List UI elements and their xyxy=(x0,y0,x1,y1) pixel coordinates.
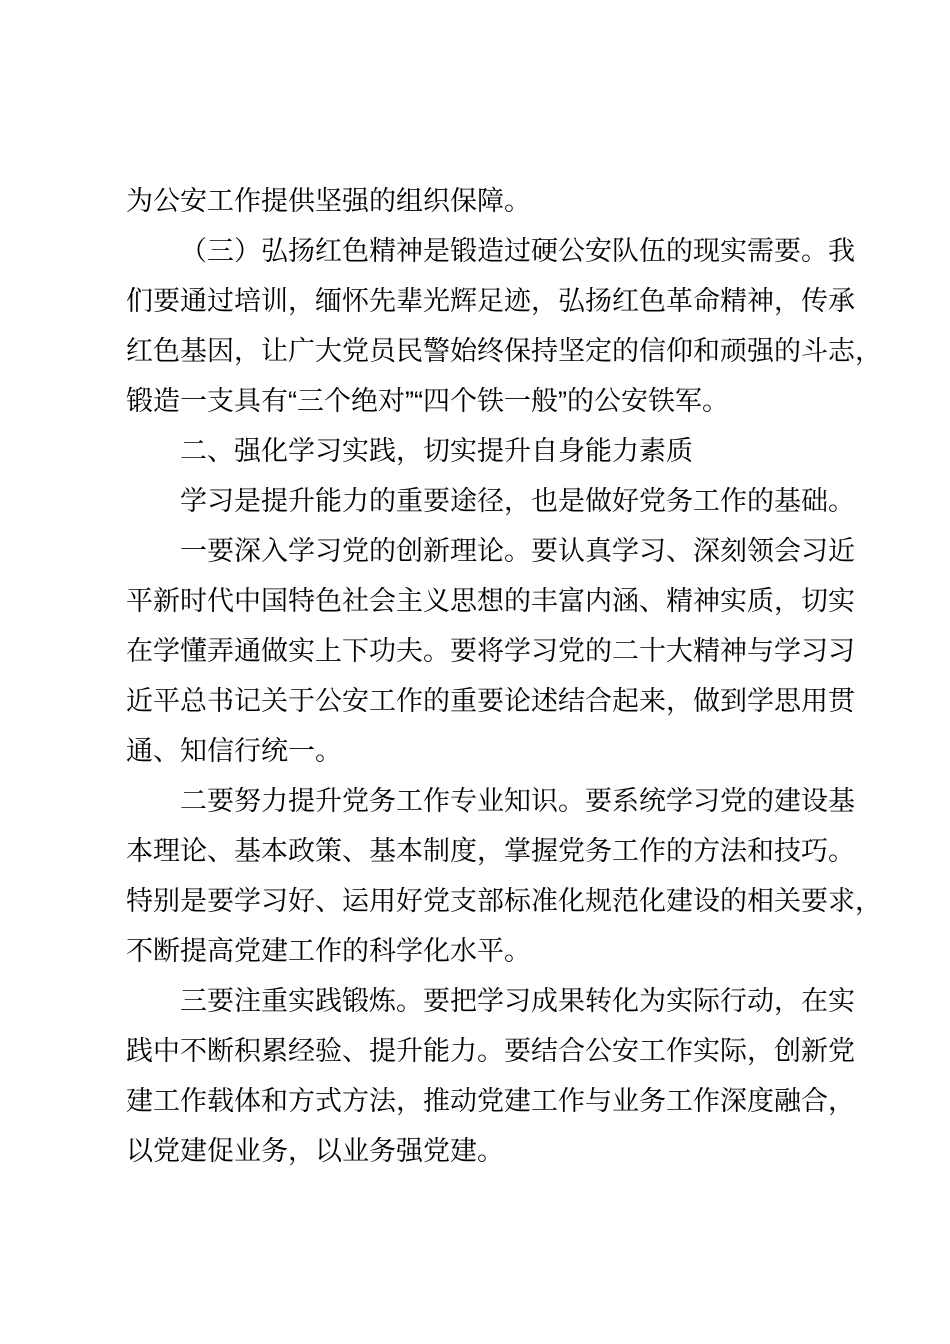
text-line: 在学懂弄通做实上下功夫。要将学习党的二十大精神与学习习 xyxy=(126,626,838,676)
text-line: 建工作载体和方式方法，推动党建工作与业务工作深度融合， xyxy=(126,1076,838,1126)
text-line: 一要深入学习党的创新理论。要认真学习、深刻领会习近 xyxy=(126,526,838,576)
text-line: 为公安工作提供坚强的组织保障。 xyxy=(126,176,838,226)
text-line: （三）弘扬红色精神是锻造过硬公安队伍的现实需要。我 xyxy=(126,226,838,276)
text-line: 以党建促业务，以业务强党建。 xyxy=(126,1126,838,1176)
text-line: 通、知信行统一。 xyxy=(126,726,838,776)
text-line: 平新时代中国特色社会主义思想的丰富内涵、精神实质，切实 xyxy=(126,576,838,626)
text-line: 特别是要学习好、运用好党支部标准化规范化建设的相关要求， xyxy=(126,876,838,926)
text-line: 不断提高党建工作的科学化水平。 xyxy=(126,926,838,976)
text-line: 三要注重实践锻炼。要把学习成果转化为实际行动，在实 xyxy=(126,976,838,1026)
text-line: 近平总书记关于公安工作的重要论述结合起来，做到学思用贯 xyxy=(126,676,838,726)
text-line: 们要通过培训，缅怀先辈光辉足迹，弘扬红色革命精神，传承 xyxy=(126,276,838,326)
text-line: 本理论、基本政策、基本制度，掌握党务工作的方法和技巧。 xyxy=(126,826,838,876)
text-line: 红色基因，让广大党员民警始终保持坚定的信仰和顽强的斗志， xyxy=(126,326,838,376)
text-line: 二、强化学习实践，切实提升自身能力素质 xyxy=(126,426,838,476)
text-line: 二要努力提升党务工作专业知识。要系统学习党的建设基 xyxy=(126,776,838,826)
document-body: 为公安工作提供坚强的组织保障。（三）弘扬红色精神是锻造过硬公安队伍的现实需要。我… xyxy=(126,176,838,1176)
document-page: 为公安工作提供坚强的组织保障。（三）弘扬红色精神是锻造过硬公安队伍的现实需要。我… xyxy=(0,0,950,1344)
text-line: 锻造一支具有“三个绝对”“四个铁一般”的公安铁军。 xyxy=(126,376,838,426)
text-line: 学习是提升能力的重要途径，也是做好党务工作的基础。 xyxy=(126,476,838,526)
text-line: 践中不断积累经验、提升能力。要结合公安工作实际，创新党 xyxy=(126,1026,838,1076)
